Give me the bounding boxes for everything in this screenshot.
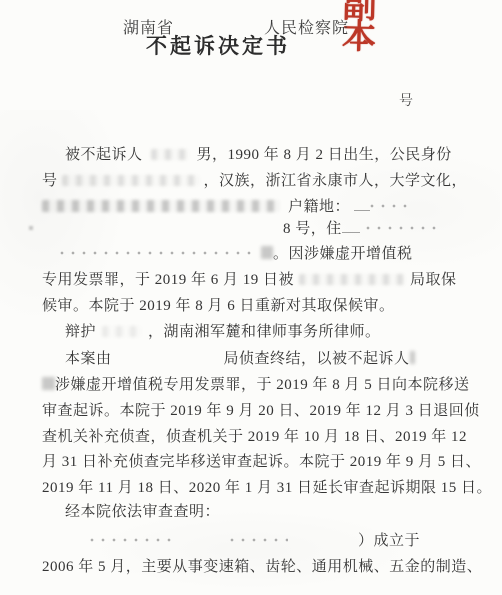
case-by: 本案由 [65, 351, 112, 367]
redacted-address [342, 222, 360, 233]
redaction-dots [60, 251, 255, 256]
redaction-dots [230, 538, 288, 543]
charge-intro: 。因涉嫌虚开增值税 [273, 246, 413, 262]
company-line: ）成立于 [90, 531, 420, 551]
redacted-occupation [42, 200, 280, 212]
redacted-address-start [354, 200, 370, 211]
residence-label: 户籍地： [288, 199, 350, 215]
faint-partial-char [261, 246, 273, 259]
redacted-bureau-name [299, 274, 405, 285]
company-business-line: 2006 年 5 月，主要从事变速箱、齿轮、通用机械、五金的制造、 [42, 557, 482, 577]
scan-speck [29, 226, 33, 230]
case-by-rest: 局侦查终结，以被不起诉人 [224, 351, 410, 367]
bail-line-2: 候审。本院于 2019 年 8 月 6 日重新对其取保候审。 [42, 296, 395, 316]
id-rest: ，汉族，浙江省永康市人，大学文化， [204, 173, 468, 189]
case-origin-line: 本案由局侦查终结，以被不起诉人 [65, 349, 415, 369]
bail-line-1: 专用发票罪，于 2019 年 6 月 19 日被局取保 [42, 270, 457, 290]
transfer-text: 涉嫌虚开增值税专用发票罪，于 2019 年 8 月 5 日向本院移送 [55, 377, 470, 393]
redaction-dots [90, 538, 175, 543]
review-line-1: 审查起诉。本院于 2019 年 9 月 20 日、2019 年 12 月 3 日… [42, 401, 480, 421]
faint-partial-char [410, 351, 415, 364]
redaction-dots [370, 204, 412, 209]
defendant-line-4: 8 号，住 [283, 219, 440, 239]
bail-suffix: 局取保 [410, 272, 457, 288]
document-title: 不起诉决定书 [146, 36, 290, 56]
defendant-label: 被不起诉人 [65, 147, 143, 163]
review-line-4: 2019 年 11 月 18 日、2020 年 1 月 31 日延长审查起诉期限… [42, 478, 492, 498]
transfer-line: 涉嫌虚开增值税专用发票罪，于 2019 年 8 月 5 日向本院移送 [42, 375, 470, 395]
company-founded-suffix: ）成立于 [358, 533, 420, 549]
defender-firm: ，湖南湘军麓和律师事务所律师。 [148, 324, 381, 340]
scanned-legal-document: 副本 湖南省人民检察院 不起诉决定书 号 被不起诉人男，1990 年 8 月 2… [0, 0, 502, 595]
defender-line: 辩护，湖南湘军麓和律师事务所律师。 [65, 322, 381, 342]
charge-line-1: 。因涉嫌虚开增值税 [60, 244, 413, 264]
defender-label: 辩护 [65, 324, 96, 340]
review-line-2: 查机关补充侦查，侦查机关于 2019 年 10 月 18 日、2019 年 12 [42, 427, 467, 447]
id-prefix: 号 [42, 173, 58, 189]
doc-number-suffix: 号 [399, 92, 414, 112]
redacted-id-number [62, 175, 200, 186]
redacted-name [151, 149, 189, 160]
defendant-line-1: 被不起诉人男，1990 年 8 月 2 日出生，公民身份 [65, 145, 452, 165]
defendant-info: 男，1990 年 8 月 2 日出生，公民身份 [197, 147, 452, 163]
faint-partial-char [42, 377, 55, 390]
redaction-dots [366, 226, 440, 231]
defendant-line-2: 号，汉族，浙江省永康市人，大学文化， [42, 171, 467, 191]
finding-header: 经本院依法审查查明： [65, 502, 220, 522]
bail-prefix: 专用发票罪，于 2019 年 6 月 19 日被 [42, 272, 294, 288]
defendant-line-3: 户籍地： [42, 197, 412, 217]
address-part: 8 号，住 [283, 221, 342, 237]
redacted-defender-name [102, 326, 142, 337]
review-line-3: 月 31 日补充侦查完毕移送审查起诉。本院于 2019 年 9 月 5 日、 [42, 452, 481, 472]
